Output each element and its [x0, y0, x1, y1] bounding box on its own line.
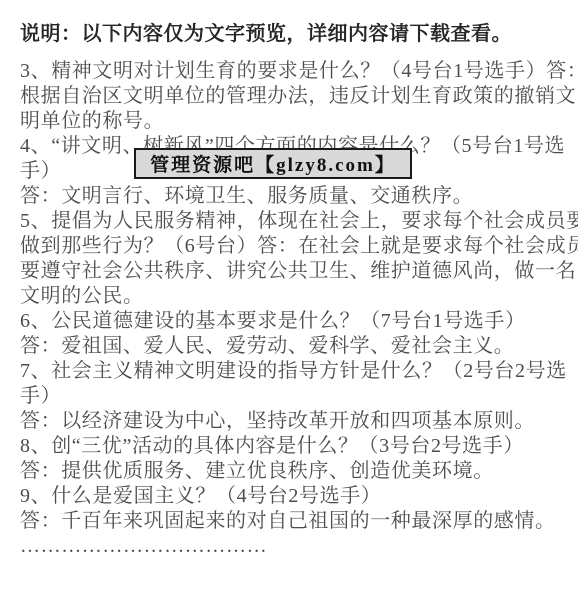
text-line: 答：爱祖国、爱人民、爱劳动、爱科学、爱社会主义。 [20, 334, 565, 359]
preview-notice: 说明：以下内容仅为文字预览，详细内容请下载查看。 [20, 17, 512, 46]
text-line: 答：提供优质服务、建立优良秩序、创造优美环境。 [20, 459, 565, 484]
text-line: 8、创“三优”活动的具体内容是什么？（3号台2号选手） [20, 434, 565, 459]
watermark-label: 管理资源吧【glzy8.com】 [150, 150, 396, 177]
text-line: 答：文明言行、环境卫生、服务质量、交通秩序。 [20, 184, 565, 209]
text-line: 根据自治区文明单位的管理办法，违反计划生育政策的撤销文 [20, 84, 565, 109]
document-body: 3、精神文明对计划生育的要求是什么？（4号台1号选手）答：根据自治区文明单位的管… [20, 59, 565, 559]
text-line: 5、提倡为人民服务精神，体现在社会上，要求每个社会成员要 [20, 209, 565, 234]
text-line: 文明的公民。 [20, 284, 565, 309]
text-line: ……………………………… [20, 534, 565, 559]
watermark-box: 管理资源吧【glzy8.com】 [134, 148, 412, 179]
text-line: 答：千百年来巩固起来的对自己祖国的一种最深厚的感情。 [20, 509, 565, 534]
text-line: 6、公民道德建设的基本要求是什么？（7号台1号选手） [20, 309, 565, 334]
text-line: 答：以经济建设为中心，坚持改革开放和四项基本原则。 [20, 409, 565, 434]
document-preview-page: 说明：以下内容仅为文字预览，详细内容请下载查看。 3、精神文明对计划生育的要求是… [0, 0, 578, 600]
text-line: 做到那些行为？（6号台）答：在社会上就是要求每个社会成员 [20, 234, 565, 259]
text-line: 9、什么是爱国主义？（4号台2号选手） [20, 484, 565, 509]
text-line: 7、社会主义精神文明建设的指导方针是什么？（2号台2号选 [20, 359, 565, 384]
text-line: 要遵守社会公共秩序、讲究公共卫生、维护道德风尚，做一名 [20, 259, 565, 284]
text-line: 手） [20, 384, 565, 409]
text-line: 3、精神文明对计划生育的要求是什么？（4号台1号选手）答： [20, 59, 565, 84]
text-line: 明单位的称号。 [20, 109, 565, 134]
